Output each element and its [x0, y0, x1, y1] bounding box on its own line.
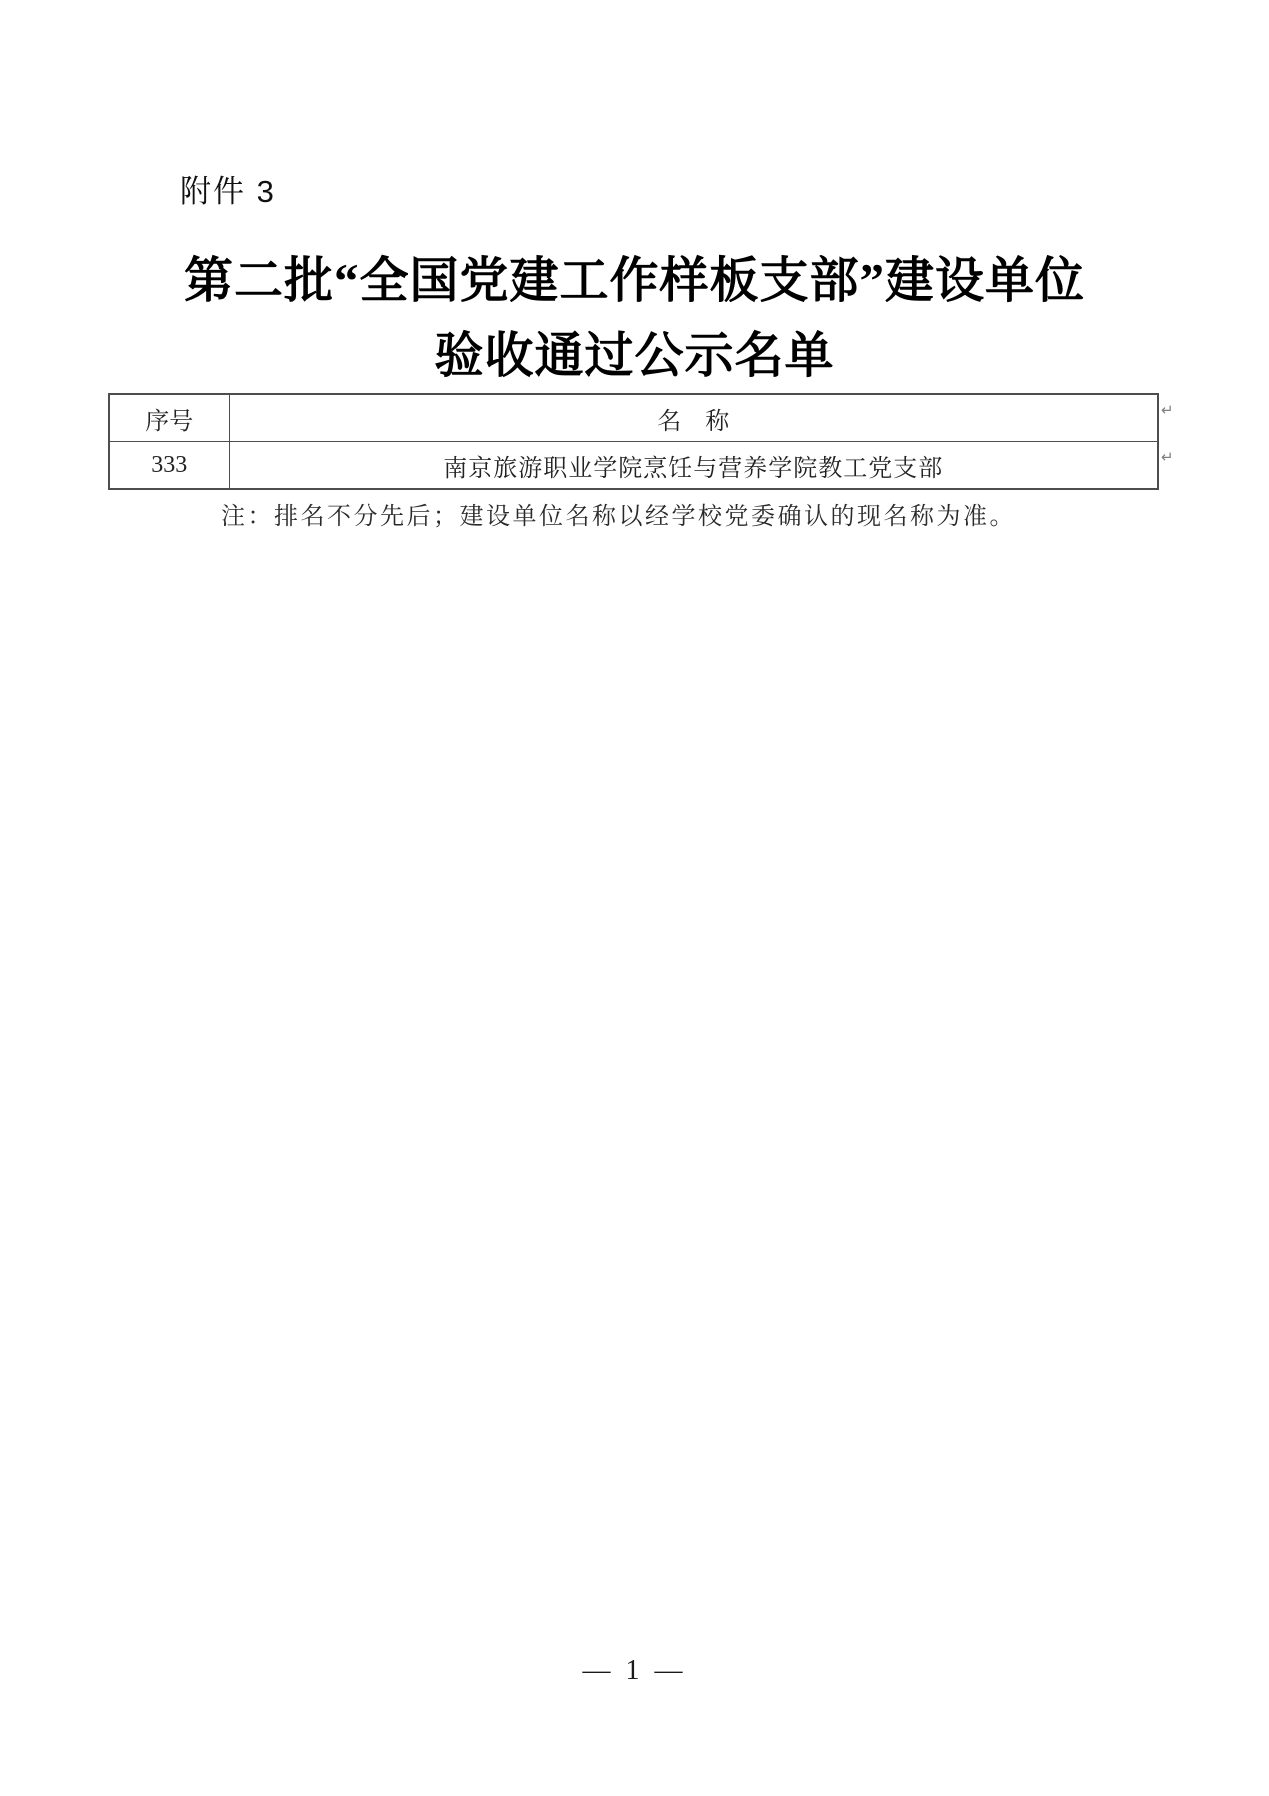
table-header-row: 序号 名 称	[109, 394, 1158, 442]
cell-end-mark-icon: ↵	[1161, 450, 1174, 465]
title-line-1: 第二批“全国党建工作样板支部”建设单位	[0, 243, 1269, 318]
row-name-cell: 南京旅游职业学院烹饪与营养学院教工党支部	[229, 442, 1158, 490]
document-page: 附件 3 第二批“全国党建工作样板支部”建设单位 验收通过公示名单 序号 名 称…	[0, 0, 1269, 1796]
attachment-label: 附件 3	[180, 166, 276, 211]
table-note: 注：排名不分先后；建设单位名称以经学校党委确认的现名称为准。	[221, 496, 1016, 531]
page-number: — 1 —	[0, 1655, 1269, 1687]
header-cell-name: 名 称	[229, 394, 1158, 442]
header-cell-index: 序号	[109, 394, 229, 442]
roster-table: 序号 名 称 333 南京旅游职业学院烹饪与营养学院教工党支部	[108, 393, 1159, 490]
document-title: 第二批“全国党建工作样板支部”建设单位 验收通过公示名单	[0, 243, 1269, 393]
title-line-2: 验收通过公示名单	[0, 318, 1269, 393]
cell-end-mark-icon: ↵	[1161, 403, 1174, 418]
row-index-cell: 333	[109, 442, 229, 490]
table-row: 333 南京旅游职业学院烹饪与营养学院教工党支部	[109, 442, 1158, 490]
